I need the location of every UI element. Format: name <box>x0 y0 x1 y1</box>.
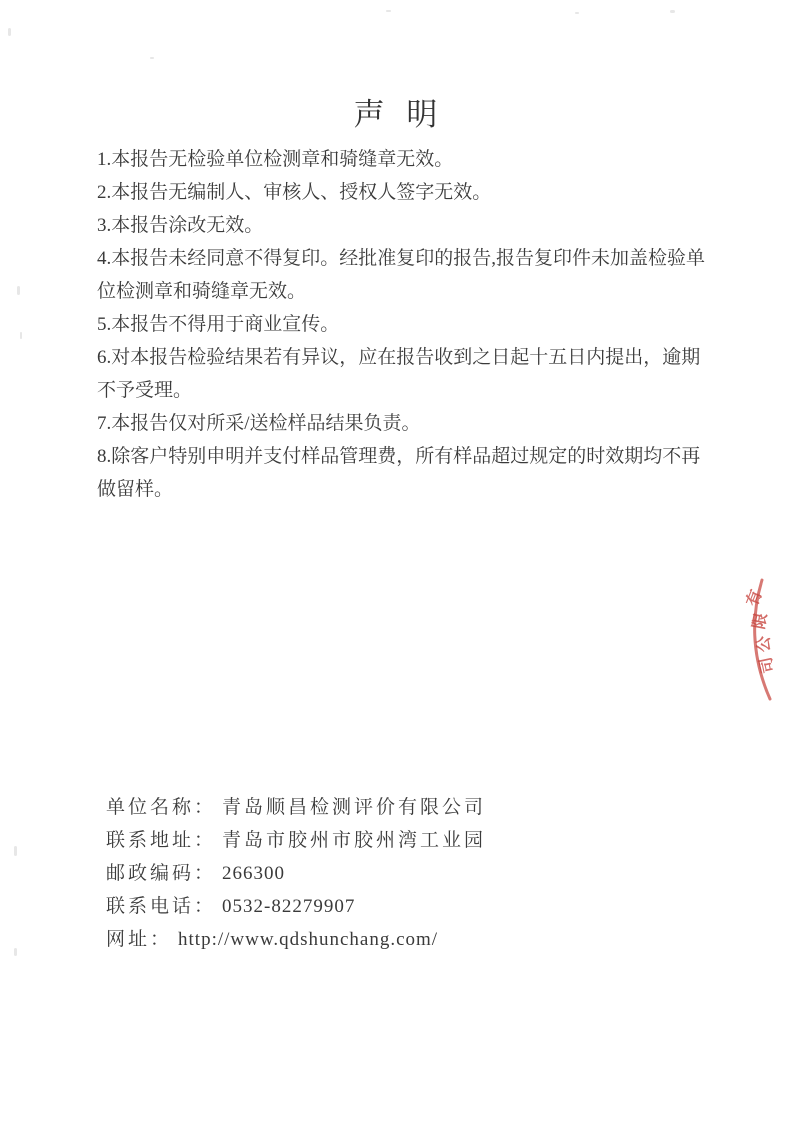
scan-artifact <box>150 57 154 59</box>
contact-label: 单位名称： <box>106 797 216 818</box>
seal-char: 限 <box>749 611 771 630</box>
contact-label: 联系地址： <box>106 830 216 851</box>
statement-item: 1.本报告无检验单位检测章和骑缝章无效。 <box>97 143 709 176</box>
seal-char: 公 <box>755 635 773 652</box>
statement-item: 3.本报告涂改无效。 <box>97 209 709 242</box>
contact-value: 青岛顺昌检测评价有限公司 <box>222 797 486 818</box>
seal-char: 司 <box>756 655 778 675</box>
scan-artifact <box>8 28 11 36</box>
contact-website: 网址：http://www.qdshunchang.com/ <box>106 923 486 956</box>
contact-address: 联系地址：青岛市胶州市胶州湾工业园 <box>106 824 486 857</box>
seal-arc <box>755 580 770 699</box>
statement-item: 5.本报告不得用于商业宣传。 <box>97 308 709 341</box>
scan-artifact <box>20 332 22 339</box>
contact-company-name: 单位名称：青岛顺昌检测评价有限公司 <box>106 791 486 824</box>
contact-postal-code: 邮政编码：266300 <box>106 857 486 890</box>
scan-artifact <box>14 846 17 856</box>
scan-artifact <box>14 948 17 956</box>
scanned-document-page: 声 明 1.本报告无检验单位检测章和骑缝章无效。 2.本报告无编制人、审核人、授… <box>0 0 793 1121</box>
company-seal-stamp: 有 限 公 司 <box>700 562 793 707</box>
contact-value: 266300 <box>222 863 285 884</box>
page-title: 声 明 <box>0 95 793 135</box>
scan-artifact <box>670 10 675 13</box>
statement-item: 7.本报告仅对所采/送检样品结果负责。 <box>97 407 709 440</box>
contact-label: 网址： <box>106 929 172 950</box>
contact-info-block: 单位名称：青岛顺昌检测评价有限公司 联系地址：青岛市胶州市胶州湾工业园 邮政编码… <box>106 791 486 956</box>
scan-artifact <box>386 10 391 12</box>
statement-item: 2.本报告无编制人、审核人、授权人签字无效。 <box>97 176 709 209</box>
statement-item: 4.本报告未经同意不得复印。经批准复印的报告,报告复印件未加盖检验单位检测章和骑… <box>97 242 709 308</box>
contact-phone: 联系电话：0532-82279907 <box>106 890 486 923</box>
statement-item: 8.除客户特别申明并支付样品管理费，所有样品超过规定的时效期均不再做留样。 <box>97 440 709 506</box>
statements-list: 1.本报告无检验单位检测章和骑缝章无效。 2.本报告无编制人、审核人、授权人签字… <box>97 143 709 506</box>
scan-artifact <box>575 12 579 14</box>
contact-label: 联系电话： <box>106 896 216 917</box>
contact-value: 青岛市胶州市胶州湾工业园 <box>222 830 486 851</box>
contact-value: http://www.qdshunchang.com/ <box>178 929 438 950</box>
contact-value: 0532-82279907 <box>222 896 355 917</box>
statement-item: 6.对本报告检验结果若有异议，应在报告收到之日起十五日内提出，逾期不予受理。 <box>97 341 709 407</box>
contact-label: 邮政编码： <box>106 863 216 884</box>
seal-char: 有 <box>742 587 766 609</box>
seal-graphic: 有 限 公 司 <box>700 562 793 707</box>
scan-artifact <box>17 286 20 295</box>
